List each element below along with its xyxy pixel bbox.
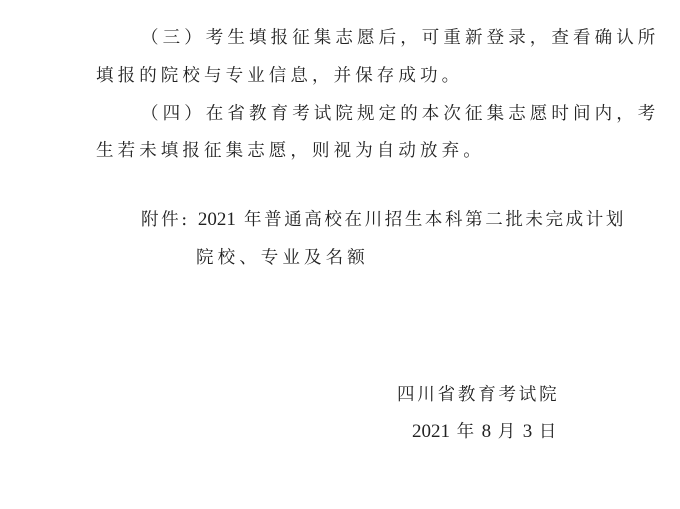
attachment-year: 2021 bbox=[198, 209, 236, 230]
paragraph-3-line-2: 填报的院校与专业信息，并保存成功。 bbox=[96, 65, 463, 87]
date-day: 3 bbox=[523, 421, 533, 442]
attachment-prefix: 附件: bbox=[141, 210, 198, 230]
date-year: 2021 bbox=[412, 421, 450, 442]
attachment-line-1: 附件: 2021 年普通高校在川招生本科第二批未完成计划 bbox=[141, 209, 626, 231]
paragraph-3-line-1: （三）考生填报征集志愿后，可重新登录，查看确认所 bbox=[141, 27, 659, 49]
attachment-line-2: 院校、专业及名额 bbox=[196, 247, 369, 269]
date-month: 8 bbox=[482, 421, 492, 442]
date-year-label: 年 bbox=[450, 422, 482, 442]
paragraph-4-line-2: 生若未填报征集志愿，则视为自动放弃。 bbox=[96, 140, 485, 162]
paragraph-4-line-1: （四）在省教育考试院规定的本次征集志愿时间内，考 bbox=[141, 103, 659, 125]
signature-organization: 四川省教育考试院 bbox=[397, 384, 559, 406]
date-day-label: 日 bbox=[532, 422, 557, 442]
signature-date: 2021 年 8 月 3 日 bbox=[412, 421, 557, 443]
attachment-title: 年普通高校在川招生本科第二批未完成计划 bbox=[236, 210, 626, 230]
date-month-label: 月 bbox=[491, 422, 523, 442]
